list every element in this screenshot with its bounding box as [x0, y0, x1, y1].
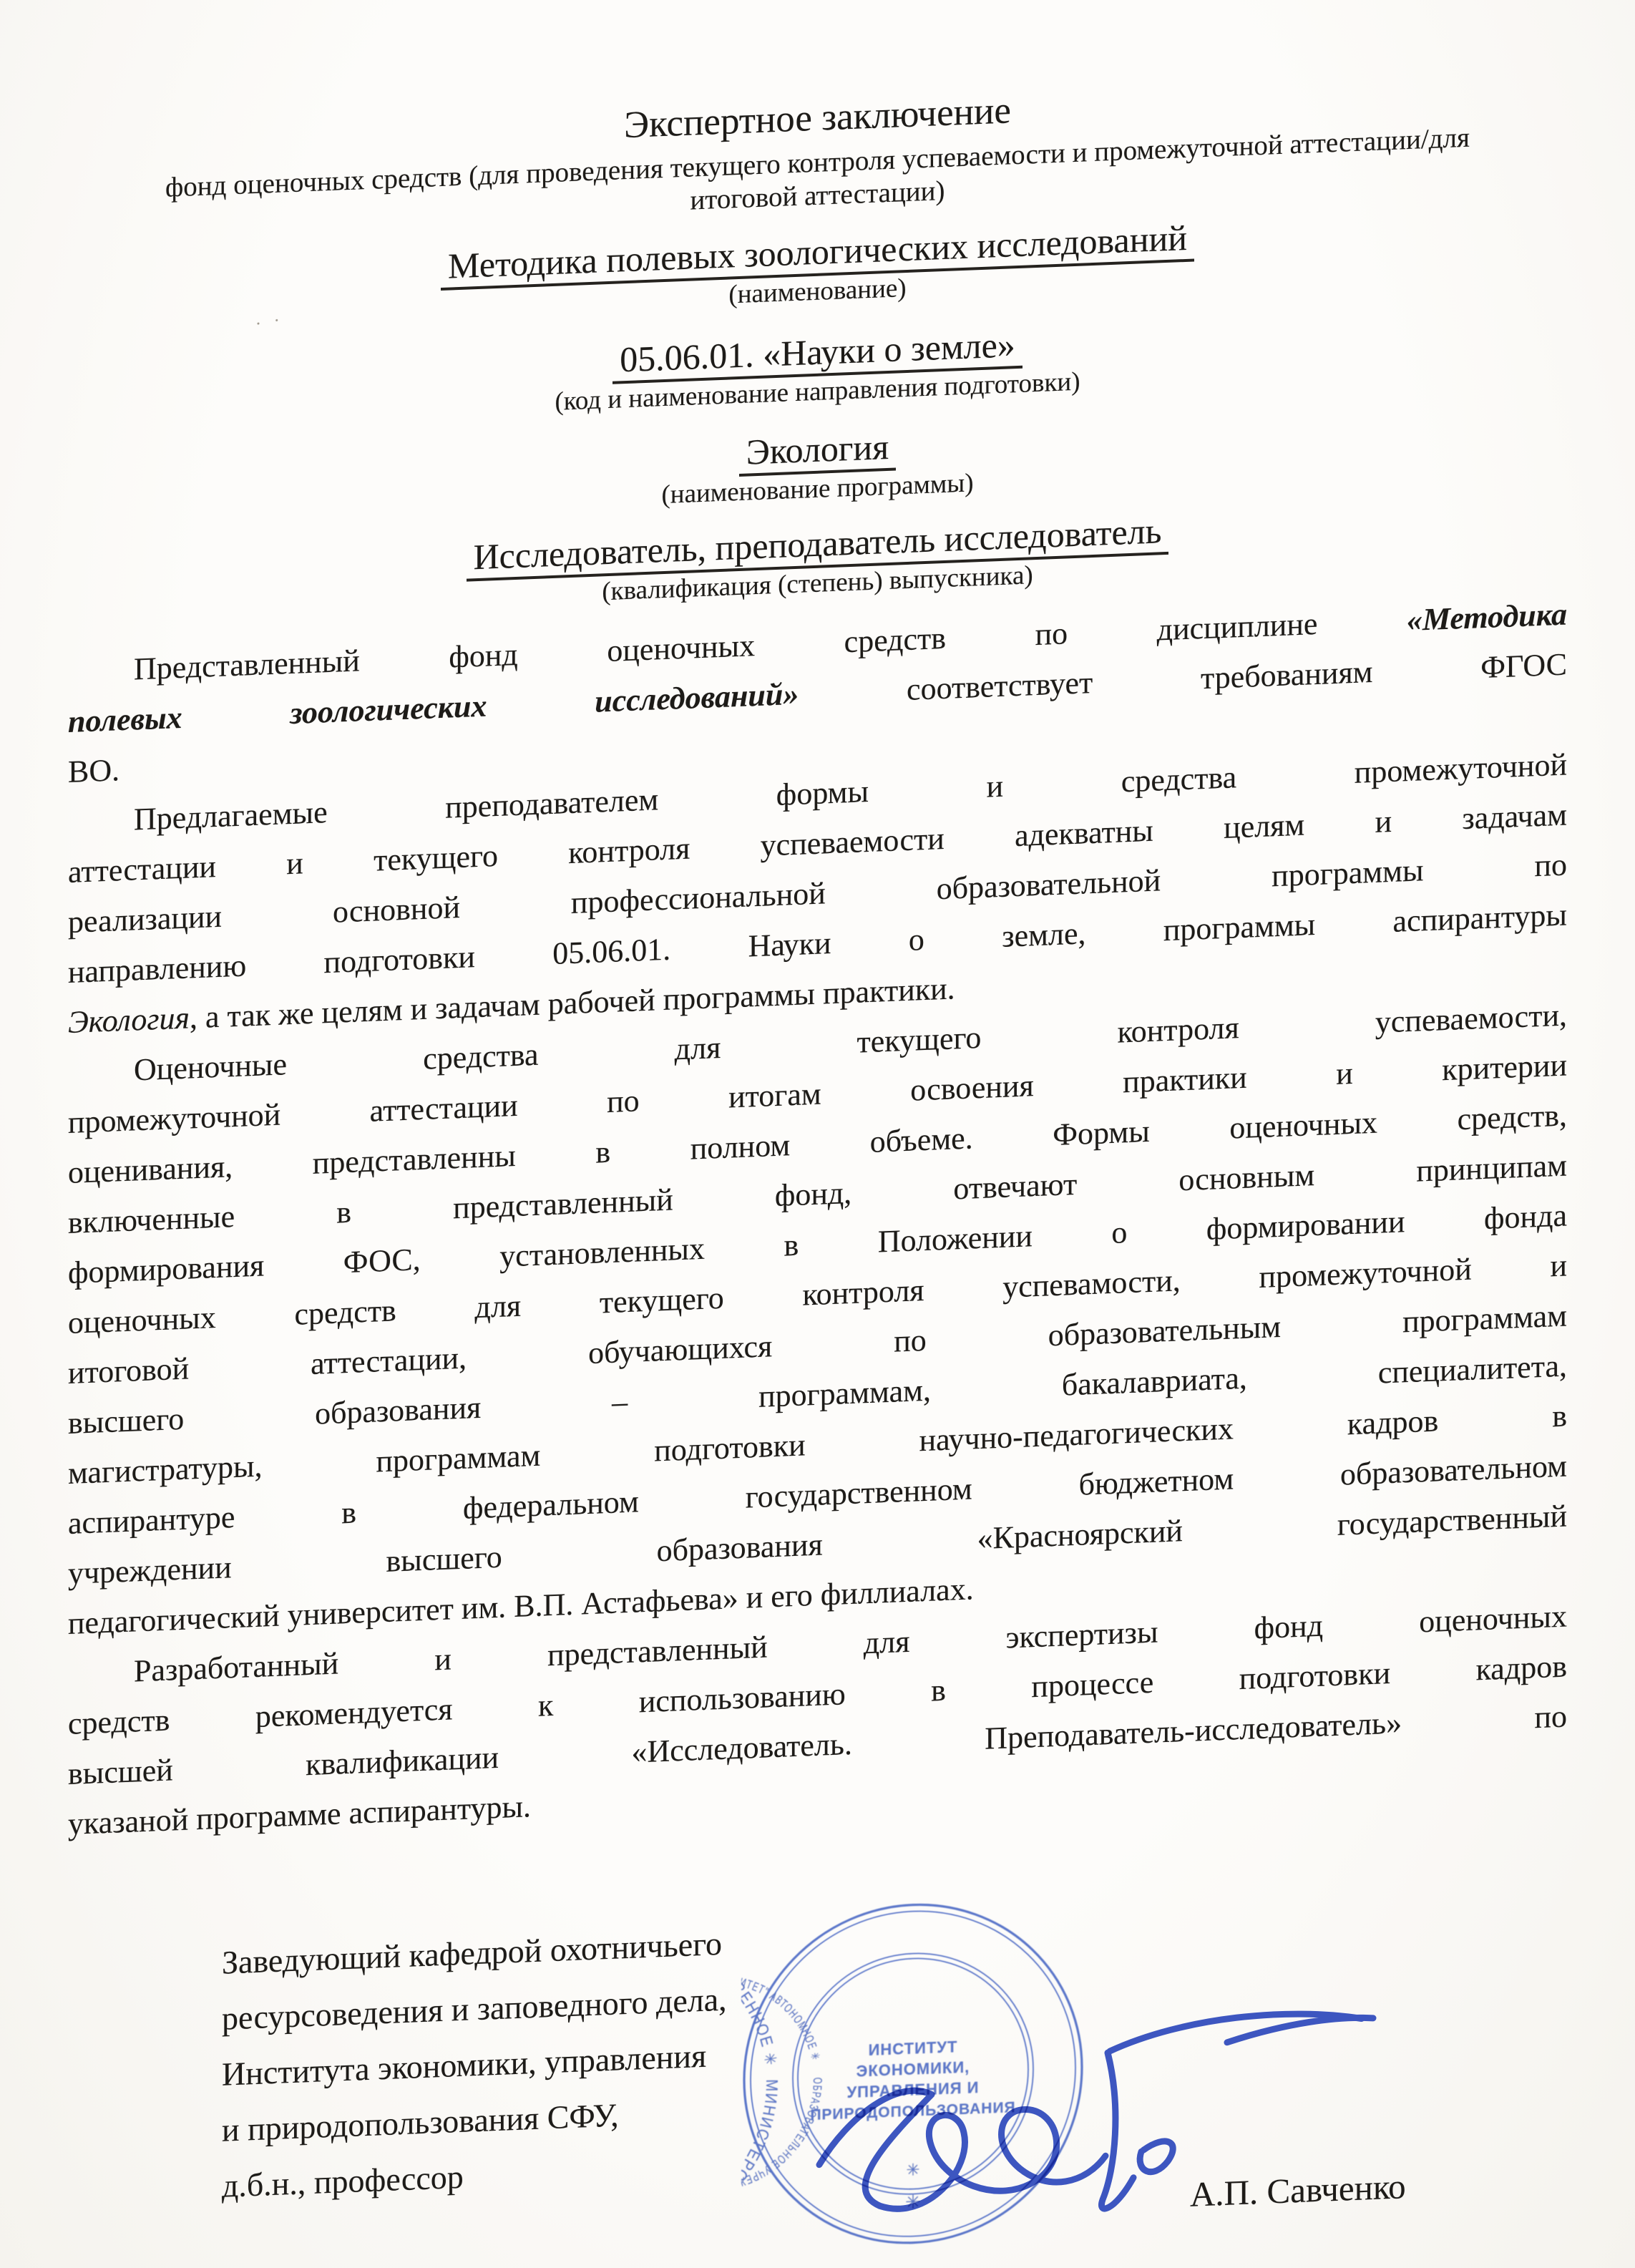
svg-text:✳: ✳ — [905, 2191, 921, 2213]
stamp-asterisk-separators: ✳ ✳ — [905, 2161, 921, 2213]
document-body: Представленный фонд оценочных средств по… — [68, 590, 1567, 1849]
signature-crossbar — [1227, 2017, 1373, 2042]
svg-text:✳: ✳ — [906, 2161, 919, 2179]
stamp-ring-outer-text: МИНИСТЕРСТВО ОБРАЗОВАНИЯ И НАУКИ РОССИЙС… — [741, 1919, 781, 2252]
signature-block: Заведующий кафедрой охотничьего ресурсов… — [222, 1916, 727, 2214]
signer-name: А.П. Савченко — [1190, 2166, 1406, 2215]
svg-text:ЭКОНОМИКИ,: ЭКОНОМИКИ, — [856, 2058, 970, 2080]
official-round-stamp: МИНИСТЕРСТВО ОБРАЗОВАНИЯ И НАУКИ РОССИЙС… — [741, 1895, 1085, 2252]
text-run-bold-italic: «Методика — [1407, 597, 1567, 638]
page-content: Экспертное заключение фонд оценочных сре… — [68, 0, 1567, 2268]
svg-text:ПРИРОДОПОЛЬЗОВАНИЯ: ПРИРОДОПОЛЬЗОВАНИЯ — [810, 2099, 1015, 2123]
text-run-italic: Экология — [68, 1000, 190, 1040]
paragraph-3: Оценочные средства для текущего контроля… — [68, 991, 1567, 1649]
signature-top-flourish — [1110, 2011, 1362, 2051]
stamp-center-text: ИНСТИТУТ ЭКОНОМИКИ, УПРАВЛЕНИЯ И ПРИРОДО… — [810, 2035, 1015, 2123]
field-program-value: Экология — [739, 427, 896, 477]
svg-text:ИНСТИТУТ: ИНСТИТУТ — [869, 2038, 958, 2059]
signature-tall-stroke — [1101, 2052, 1133, 2209]
signature-e-loop — [1140, 2141, 1173, 2172]
scanned-document-page: { "document": { "title": "Экспертное зак… — [0, 0, 1635, 2268]
svg-text:УПРАВЛЕНИЯ И: УПРАВЛЕНИЯ И — [847, 2078, 980, 2101]
document-header: Экспертное заключение фонд оценочных сре… — [68, 0, 1567, 628]
